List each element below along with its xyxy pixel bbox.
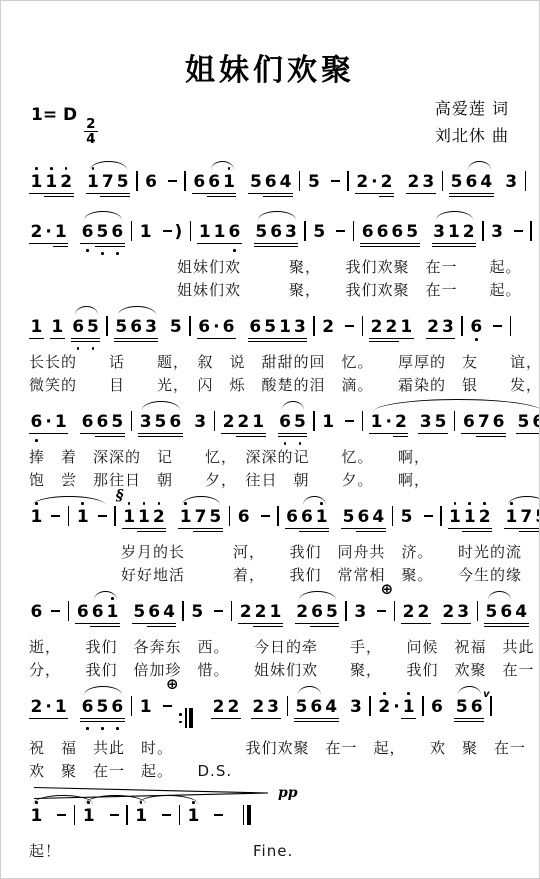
note: 5 [484, 602, 499, 627]
note: 1 [222, 172, 237, 197]
note: 6 [71, 317, 86, 342]
spacer [339, 711, 349, 712]
spacer [158, 186, 166, 187]
spacer [327, 236, 335, 237]
spacer [283, 616, 295, 617]
spacer [199, 711, 211, 712]
dash-note [335, 222, 347, 247]
spacer [504, 236, 512, 237]
spacer [236, 331, 248, 332]
barline [482, 221, 484, 241]
dash-note [376, 602, 388, 627]
note: 5 [399, 507, 414, 532]
note: 3 [421, 172, 436, 197]
barline [74, 805, 76, 825]
dash-note [161, 697, 173, 722]
spacer [431, 616, 441, 617]
score-line: 2·16561⊕222356432·1656v祝 福 共此 时。 我们欢聚 在一… [29, 684, 517, 782]
barline [454, 411, 456, 431]
note: 2 [355, 172, 370, 197]
lyrics-row: 姐妹们欢 聚， 我们欢聚 在一 起。 [29, 279, 517, 302]
note: 6 [129, 317, 144, 342]
barline [525, 171, 527, 191]
octave-dot-above [143, 502, 146, 505]
octave-dot-below [86, 727, 89, 730]
notation-row: 112175666156452·2235643 [29, 159, 517, 206]
spacer [414, 521, 422, 522]
final-barline [243, 805, 251, 825]
note: 1 [251, 412, 266, 437]
slur [138, 795, 198, 804]
note: 4 [278, 172, 293, 197]
slur [33, 496, 106, 505]
dash-note [213, 806, 225, 831]
spacer [183, 426, 193, 427]
note: 5 [534, 507, 540, 532]
octave-dot-above [454, 502, 457, 505]
note: 1 [29, 172, 44, 197]
note: 1 [29, 317, 44, 342]
note: 2 [321, 317, 336, 342]
note: 6 [192, 172, 207, 197]
note: 2 [221, 412, 236, 437]
barline [106, 316, 108, 336]
note: 6 [110, 222, 125, 247]
dash-note [50, 507, 62, 532]
dash-note [344, 412, 356, 437]
notation-row: 2·16561⊕222356432·1656v [29, 684, 517, 737]
octave-dot-above [35, 167, 38, 170]
note: 5 [405, 222, 420, 247]
lyrics-row: 好好地活 着， 我们 常常相 聚。 今生的缘 [29, 564, 517, 587]
note: 5 [449, 172, 464, 197]
note: 2 [59, 172, 74, 197]
note: 3 [418, 412, 433, 437]
barline [392, 506, 394, 526]
note: 3 [432, 222, 447, 247]
lyrics-row: 捧 着 深深的 记 忆， 深深的记 忆。 啊， [29, 446, 517, 469]
spacer [529, 616, 539, 617]
lyrics-row: 微笑的 目 光， 闪 烁 酸楚的泪 滴。 霜染的 银 发， [29, 374, 517, 397]
note: 6 [248, 317, 263, 342]
note: 1 [504, 507, 519, 532]
dash-note [492, 317, 504, 342]
barline [114, 506, 116, 526]
note: 6 [309, 697, 324, 722]
note: 5 [324, 602, 339, 627]
note: 5 [86, 317, 101, 342]
lyrics-row: 欢 聚 在一 起。 D.S. [29, 760, 517, 783]
note: 2 [426, 317, 441, 342]
slur [373, 399, 540, 412]
spacer [201, 820, 213, 821]
spacer [368, 616, 376, 617]
slur [458, 686, 481, 695]
spacer [394, 186, 406, 187]
barline [461, 316, 463, 336]
barline [68, 601, 70, 621]
note: 1 [178, 507, 193, 532]
sheet-music-page: 姐妹们欢聚 1= D24 高爱莲 词 刘北休 曲 112175666156452… [0, 0, 540, 879]
slur [436, 211, 473, 220]
slur [94, 591, 117, 600]
note: 1 [44, 172, 59, 197]
dash-note [344, 317, 356, 342]
octave-dot-below [35, 439, 38, 442]
note: 3 [266, 697, 281, 722]
slur [90, 161, 127, 170]
slur [75, 306, 98, 315]
note: 5 [95, 697, 110, 722]
slur [303, 496, 326, 505]
note: 1 [81, 806, 96, 831]
octave-dot-above [407, 692, 410, 695]
barline [477, 601, 479, 621]
octave-dot-above [50, 167, 53, 170]
dash-note [213, 602, 225, 627]
note: 3 [504, 172, 519, 197]
slur [211, 161, 234, 170]
slur [282, 401, 304, 410]
octave-dot-below [86, 249, 89, 252]
slur [508, 496, 540, 505]
note: 5 [454, 697, 469, 722]
note: 6 [531, 412, 540, 437]
barline [131, 411, 133, 431]
barline [184, 171, 186, 191]
note: 6 [310, 602, 325, 627]
notation-row: 11§11217566615645112175 [29, 494, 517, 541]
note: 6 [80, 222, 95, 247]
note: 2 [477, 507, 492, 532]
time-signature-numerator: 2 [84, 117, 97, 132]
slur [468, 161, 491, 170]
dash-note [512, 222, 524, 247]
dash-note [96, 507, 108, 532]
note: 5 [306, 172, 321, 197]
song-title: 姐妹们欢聚 [1, 45, 539, 89]
note: 1 [321, 412, 336, 437]
spacer [336, 331, 344, 332]
note: 5 [312, 222, 327, 247]
octave-dot-below [284, 442, 287, 445]
note: 7 [100, 172, 115, 197]
note: · [370, 172, 379, 197]
notation-row: 1111 [29, 793, 517, 840]
slur [298, 686, 321, 695]
note: 6 [29, 602, 44, 627]
note: 2 [251, 697, 266, 722]
note: 6 [299, 507, 314, 532]
note: 6 [360, 222, 375, 247]
note: 6 [461, 412, 476, 437]
note: 4 [371, 507, 386, 532]
dash-note [161, 222, 173, 247]
lyrics-row: 岁月的长 河， 我们 同舟共 济。 时光的流 [29, 541, 517, 564]
barline [422, 696, 424, 716]
barline [369, 696, 371, 716]
note: 1 [86, 172, 101, 197]
note: 6 [491, 412, 506, 437]
spacer [506, 426, 516, 427]
spacer [484, 331, 492, 332]
note: 1 [122, 507, 137, 532]
note: 1 [50, 317, 65, 342]
note: 1 [29, 507, 44, 532]
note: 7 [193, 507, 208, 532]
repeat-end-barline [179, 708, 193, 728]
octave-dot-above [483, 502, 486, 505]
dash-note [108, 806, 120, 831]
note: 1 [446, 222, 461, 247]
note: 5 [254, 222, 269, 247]
barline [353, 221, 355, 241]
note: 3 [284, 222, 299, 247]
spacer [74, 186, 86, 187]
barline [304, 221, 306, 241]
spacer [225, 820, 237, 821]
barline [229, 506, 231, 526]
octave-dot-below [233, 249, 236, 252]
barline [347, 171, 349, 191]
spacer [420, 236, 432, 237]
note: 2 [253, 602, 268, 627]
note: 2 [377, 697, 392, 722]
note: 2 [29, 697, 44, 722]
barline [313, 411, 315, 431]
note: 6 [430, 697, 445, 722]
note: · [44, 412, 53, 437]
barline [136, 171, 138, 191]
note: · [44, 222, 53, 247]
note: 5 [153, 412, 168, 437]
note: 6 [95, 412, 110, 437]
note: 3 [193, 412, 208, 437]
barline [510, 316, 512, 336]
note: 1 [268, 602, 283, 627]
note: 3 [144, 317, 159, 342]
spacer [120, 616, 132, 617]
barline [440, 506, 442, 526]
octave-dot-above [383, 692, 386, 695]
note: 2 [211, 697, 226, 722]
note: 1 [137, 507, 152, 532]
note: 6 [197, 317, 212, 342]
spacer [149, 820, 161, 821]
octave-dot-below [101, 252, 104, 255]
spacer [68, 711, 80, 712]
note: 6 [144, 172, 159, 197]
score-line: 666156452212653⊕22235643逝， 我们 各奔东 西。 今日的… [29, 589, 517, 681]
note: 5 [95, 222, 110, 247]
note: 3 [349, 697, 364, 722]
note: 6 [269, 222, 284, 247]
dash-note [50, 602, 62, 627]
barline [345, 601, 347, 621]
lyrics-row: 祝 福 共此 时。 我们欢聚 在一 起， 欢 聚 在一 [29, 737, 517, 760]
slur [84, 211, 122, 220]
note: 1 [53, 222, 68, 247]
barline [287, 696, 289, 716]
barline [362, 411, 364, 431]
barline [182, 601, 184, 621]
note: 1 [138, 222, 153, 247]
note: 2 [236, 412, 251, 437]
note: 6 [263, 172, 278, 197]
note: 6 [469, 317, 484, 342]
note: 5 [294, 697, 309, 722]
spacer [44, 820, 56, 821]
note: 1 [105, 602, 120, 627]
note: 2 [29, 222, 44, 247]
note: 1 [197, 222, 212, 247]
barline [131, 696, 133, 716]
note: 6 [75, 602, 90, 627]
note: 1 [399, 317, 414, 342]
note: 6 [80, 412, 95, 437]
note: 5 [190, 602, 205, 627]
note: 2 [238, 602, 253, 627]
spacer [68, 236, 80, 237]
note: 1 [186, 806, 201, 831]
spacer [492, 521, 504, 522]
note: 5 [263, 317, 278, 342]
note: 1 [212, 222, 227, 247]
note: 6 [464, 172, 479, 197]
note: 6 [390, 222, 405, 247]
barline [189, 316, 191, 336]
lyrics-row: 逝， 我们 各奔东 西。 今日的牵 手， 问候 祝福 共此 时， [29, 636, 517, 659]
barline [277, 506, 279, 526]
note: 6 [168, 412, 183, 437]
note: 2 [401, 602, 416, 627]
note: 6 [236, 507, 251, 532]
slur [118, 306, 156, 315]
barline [131, 221, 133, 241]
note: 1 [53, 697, 68, 722]
composer-credit: 刘北休 曲 [435, 122, 509, 149]
note: 3 [490, 222, 505, 247]
octave-dot-below [475, 338, 478, 341]
note: 1 [138, 697, 153, 722]
slur [182, 496, 220, 505]
dash-note [422, 507, 434, 532]
dash-note [259, 507, 271, 532]
spacer [494, 186, 504, 187]
note: · [384, 412, 393, 437]
score-line: 6·166535632216511·23567656捧 着 深深的 记 忆， 深… [29, 399, 517, 491]
note: 2 [441, 602, 456, 627]
octave-dot-below [77, 347, 80, 350]
note: 1 [29, 806, 44, 831]
note: 6 [469, 697, 484, 722]
note: 6 [110, 697, 125, 722]
octave-dot-above [65, 167, 68, 170]
note: 6 [80, 697, 95, 722]
score-line: 11§11217566615645112175岁月的长 河， 我们 同舟共 济。… [29, 494, 517, 586]
note: 6 [375, 222, 390, 247]
note: 2 [226, 697, 241, 722]
octave-dot-below [116, 727, 119, 730]
spacer [205, 616, 213, 617]
note: 5 [110, 412, 125, 437]
dash-note [166, 172, 178, 197]
note: 6 [29, 412, 44, 437]
slur [488, 591, 511, 600]
note: 2 [369, 317, 384, 342]
note: 1 [75, 507, 90, 532]
score: 112175666156452·22356432·16561)116563566… [29, 159, 517, 863]
time-signature-denominator: 4 [86, 132, 95, 146]
note: 1 [53, 412, 68, 437]
slur [299, 591, 336, 600]
octave-dot-above [158, 502, 161, 505]
score-line: 112175666156452·2235643 [29, 159, 517, 206]
note: 2 [393, 412, 408, 437]
note: 5 [114, 317, 129, 342]
credits: 高爱莲 词 刘北休 曲 [435, 95, 509, 149]
key-text: 1= D [31, 105, 77, 125]
note: 1 [448, 507, 463, 532]
note: · [44, 697, 53, 722]
note: 3 [292, 317, 307, 342]
note: 3 [353, 602, 368, 627]
score-line: 116556356·665132221236长长的 话 题， 叙 说 甜甜的回 … [29, 304, 517, 396]
barline [394, 601, 396, 621]
barline [490, 696, 492, 716]
note: 5 [248, 172, 263, 197]
note: ) [173, 222, 184, 247]
note: 6 [90, 602, 105, 627]
note: 3 [456, 602, 471, 627]
key-signature: 1= D24 [31, 105, 98, 146]
spacer [414, 331, 426, 332]
slur [142, 401, 180, 410]
spacer [251, 521, 259, 522]
octave-dot-below [101, 727, 104, 730]
spacer [321, 186, 329, 187]
spacer [153, 711, 161, 712]
note: 6 [278, 412, 293, 437]
note: 2 [295, 602, 310, 627]
note: 1 [401, 697, 416, 722]
notation-row: 2·16561)116563566653123 [29, 209, 517, 256]
barline [313, 316, 315, 336]
note: 4 [479, 172, 494, 197]
spacer [408, 426, 418, 427]
note: 6 [356, 507, 371, 532]
note: 3 [441, 317, 456, 342]
note: 3 [138, 412, 153, 437]
octave-dot-below [116, 252, 119, 255]
dash-note [56, 806, 68, 831]
slur [33, 795, 93, 804]
lyrics-row: 饱 尝 那往日 朝 夕， 往日 朝 夕。 啊， [29, 469, 517, 492]
meta-row: 1= D24 高爱莲 词 刘北休 曲 [31, 95, 509, 149]
spacer [242, 236, 254, 237]
lyrics-row: 起！ Fine. [29, 840, 517, 863]
note: 5 [208, 507, 223, 532]
spacer [266, 426, 278, 427]
barline [126, 805, 128, 825]
barline [442, 171, 444, 191]
note: · [212, 317, 221, 342]
barline [231, 601, 233, 621]
octave-dot-above [468, 502, 471, 505]
barline [68, 506, 70, 526]
lyrics-row: 长长的 话 题， 叙 说 甜甜的回 忆。 厚厚的 友 谊， [29, 351, 517, 374]
note: 1 [462, 507, 477, 532]
